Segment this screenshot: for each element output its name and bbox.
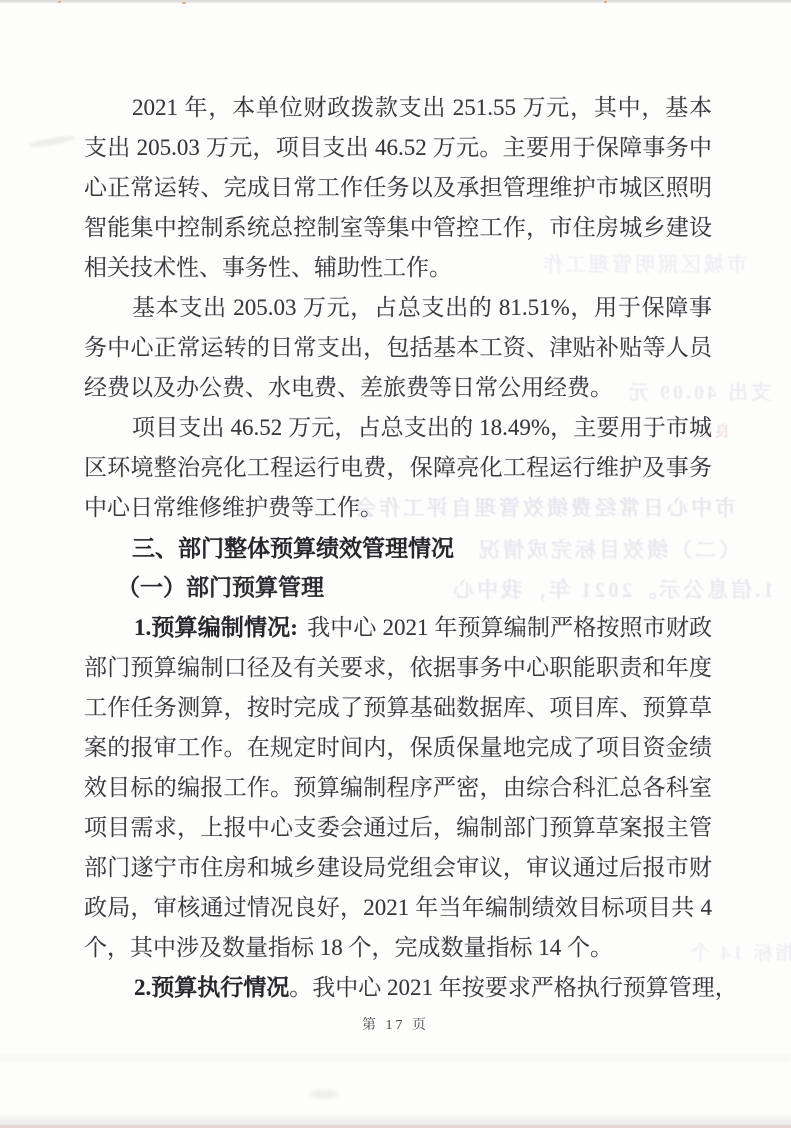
- text-line: 1.预算编制情况:我中心 2021 年预算编制严格按照市财政: [84, 608, 712, 648]
- text-line: 2.预算执行情况。我中心 2021 年按要求严格执行预算管理，: [84, 968, 712, 1008]
- paragraph-basic-expenditure: 基本支出 205.03 万元，占总支出的 81.51%，用于保障事 务中心正常运…: [84, 288, 712, 408]
- page-footer: 第 17 页: [0, 1014, 791, 1034]
- text-line: 区环境整治亮化工程运行电费，保障亮化工程运行维护及事务: [84, 448, 712, 488]
- heading-subsection-1: （一）部门预算管理: [84, 568, 712, 608]
- text-line: 效目标的编报工作。预算编制程序严密，由综合科汇总各科室: [84, 768, 712, 808]
- paragraph-budget-execution: 2.预算执行情况。我中心 2021 年按要求严格执行预算管理，: [84, 968, 712, 1008]
- text-line: 个，其中涉及数量指标 18 个，完成数量指标 14 个。: [84, 928, 712, 968]
- text-line: 智能集中控制系统总控制室等集中管控工作，市住房城乡建设: [84, 208, 712, 248]
- text-line: 务中心正常运转的日常支出，包括基本工资、津贴补贴等人员: [84, 328, 712, 368]
- text-line: 项目支出 46.52 万元，占总支出的 18.49%，主要用于市城: [84, 408, 712, 448]
- text-line: 基本支出 205.03 万元，占总支出的 81.51%，用于保障事: [84, 288, 712, 328]
- text-line: 相关技术性、事务性、辅助性工作。: [84, 248, 712, 288]
- text-line: 支出 205.03 万元，项目支出 46.52 万元。主要用于保障事务中: [84, 128, 712, 168]
- text-line: 案的报审工作。在规定时间内，保质保量地完成了项目资金绩: [84, 728, 712, 768]
- scanned-document-page: { "doc": { "p1": [ "2021 年，本单位财政拨款支出 251…: [0, 0, 791, 1128]
- text-line: 政局，审核通过情况良好，2021 年当年编制绩效目标项目共 4: [84, 888, 712, 928]
- scan-bottom-shade: [0, 1113, 791, 1125]
- text-line: 经费以及办公费、水电费、差旅费等日常公用经费。: [84, 368, 712, 408]
- scan-band: [0, 1055, 791, 1061]
- text-line: 项目需求，上报中心支委会通过后，编制部门预算草案报主管: [84, 808, 712, 848]
- paragraph-lead-bold: 1.预算编制情况:: [134, 615, 298, 640]
- paragraph-budget-preparation: 1.预算编制情况:我中心 2021 年预算编制严格按照市财政 部门预算编制口径及…: [84, 608, 712, 968]
- text-line: 部门预算编制口径及有关要求，依据事务中心职能职责和年度: [84, 648, 712, 688]
- text-line: 部门遂宁市住房和城乡建设局党组会审议，审议通过后报市财: [84, 848, 712, 888]
- paragraph-lead-bold: 2.预算执行情况: [134, 975, 289, 1000]
- heading-section-3: 三、部门整体预算绩效管理情况: [84, 528, 712, 568]
- scan-speck: [58, 1, 61, 3]
- scan-blotch: [310, 1090, 338, 1099]
- scan-top-edge: [0, 0, 791, 3]
- text-line: 心正常运转、完成日常工作任务以及承担管理维护市城区照明: [84, 168, 712, 208]
- scan-smudge: [28, 134, 76, 149]
- paragraph-project-expenditure: 项目支出 46.52 万元，占总支出的 18.49%，主要用于市城 区环境整治亮…: [84, 408, 712, 528]
- text-line: 工作任务测算，按时完成了预算基础数据库、项目库、预算草: [84, 688, 712, 728]
- text-line: 2021 年，本单位财政拨款支出 251.55 万元，其中，基本: [84, 88, 712, 128]
- document-body: 2021 年，本单位财政拨款支出 251.55 万元，其中，基本 支出 205.…: [84, 88, 712, 1008]
- scan-speck: [182, 2, 186, 4]
- text-run: 。我中心 2021 年按要求严格执行预算管理，: [289, 975, 738, 1000]
- paragraph-fiscal-expenditure-2021: 2021 年，本单位财政拨款支出 251.55 万元，其中，基本 支出 205.…: [84, 88, 712, 288]
- scan-speck: [604, 1, 607, 3]
- text-run: 我中心 2021 年预算编制严格按照市财政: [307, 615, 712, 640]
- text-line: 中心日常维修维护费等工作。: [84, 488, 712, 528]
